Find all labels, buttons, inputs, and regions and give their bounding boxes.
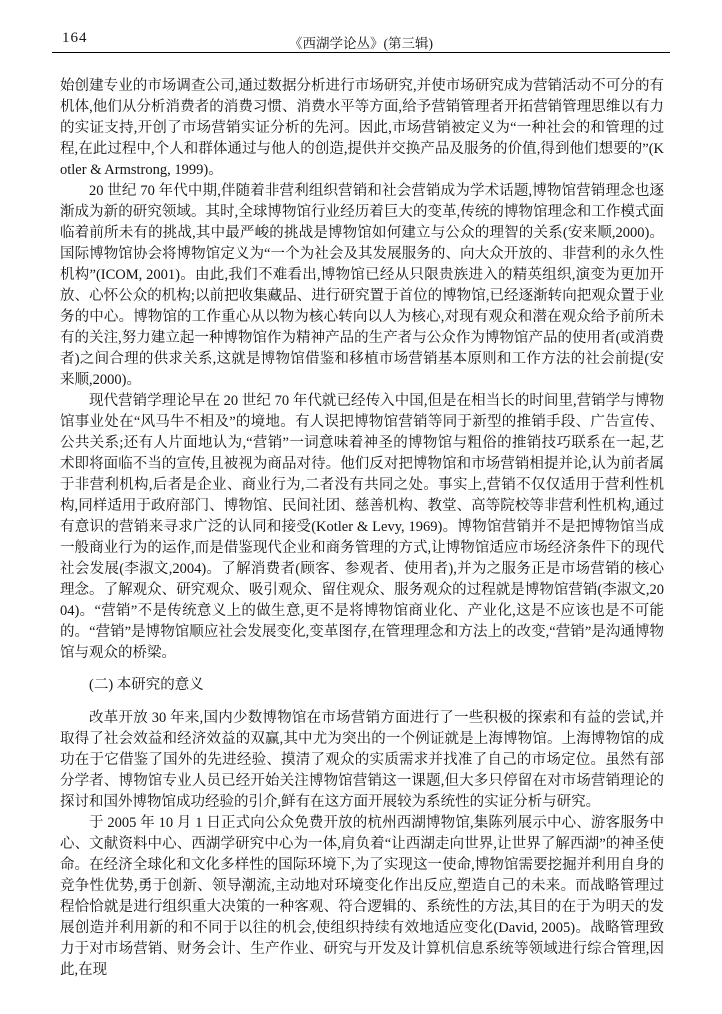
page-body: 始创建专业的市场调查公司,通过数据分析进行市场研究,并使市场研究成为营销活动不可… [60, 76, 664, 981]
paragraph-marketing-theory-in-china: 现代营销学理论早在 20 世纪 70 年代就已经传入中国,但是在相当长的时间里,… [60, 391, 664, 664]
paragraph-continued-from-previous-page: 始创建专业的市场调查公司,通过数据分析进行市场研究,并使市场研究成为营销活动不可… [60, 76, 664, 181]
journal-title: 《西湖学论丛》(第三辑) [52, 32, 670, 52]
paragraph-museum-marketing-history: 20 世纪 70 年代中期,伴随着非营利组织营销和社会营销成为学术话题,博物馆营… [60, 181, 664, 391]
section-heading-research-significance: (二) 本研究的意义 [60, 675, 664, 696]
paragraph-xihu-museum: 于 2005 年 10 月 1 日正式向公众免费开放的杭州西湖博物馆,集陈列展示… [60, 813, 664, 981]
page-header: 164 《西湖学论丛》(第三辑) [52, 30, 670, 52]
header-rule [52, 52, 670, 53]
paragraph-reform-opening-museums: 改革开放 30 年来,国内少数博物馆在市场营销方面进行了一些积极的探索和有益的尝… [60, 708, 664, 813]
